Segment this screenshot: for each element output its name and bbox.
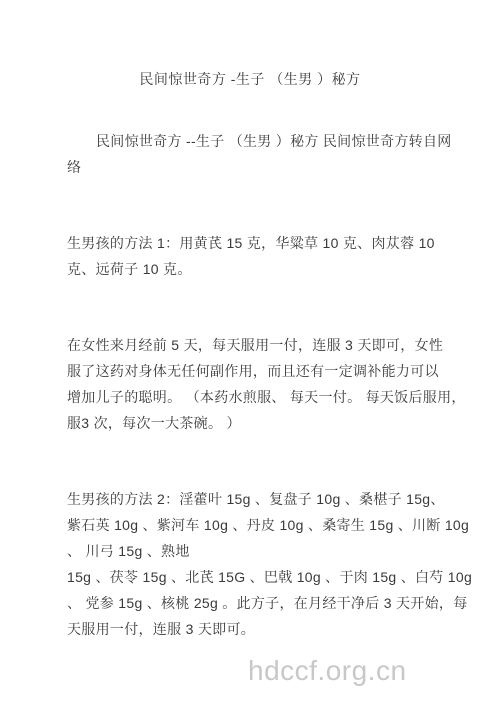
text-line: 、 党参 15g 、核桃 25g 。此方子，在月经干净后 3 天开始，每 [67,590,440,616]
text-line: 天服用一付，连服 3 天即可。 [67,616,440,642]
text-line: 紫石英 10g 、紫河车 10g 、丹皮 10g 、桑寄生 15g 、川断 10… [67,512,440,538]
paragraph: 生男孩的方法 1：用黄芪 15 克，华粱草 10 克、肉苁蓉 10克、远荷子 1… [67,230,440,282]
text-line: 生男孩的方法 1：用黄芪 15 克，华粱草 10 克、肉苁蓉 10 [67,230,440,256]
text-line: 克、远荷子 10 克。 [67,256,440,282]
text-line: 络 [67,154,440,180]
text-line: 生男孩的方法 2：淫藿叶 15g 、复盘子 10g 、桑椹子 15g、 [67,486,440,512]
document-title: 民间惊世奇方 -生子 （生男 ）秘方 [0,66,500,92]
text-line: 、 川弓 15g 、熟地 [67,538,440,564]
text-line: 增加儿子的聪明。 （本药水煎服、 每天一付。 每天饭后服用， [67,384,440,410]
text-line: 15g 、茯苓 15g 、北芪 15G 、巴戟 10g 、于肉 15g 、白芍 … [67,564,440,590]
paragraph: 在女性来月经前 5 天，每天服用一付，连服 3 天即可，女性服了这药对身体无任何… [67,332,440,436]
text-line: 服3 次，每次一大茶碗。 ） [67,410,440,436]
paragraph: 民间惊世奇方 --生子 （生男 ）秘方 民间惊世奇方转自网络 [67,128,440,180]
text-line: 民间惊世奇方 --生子 （生男 ）秘方 民间惊世奇方转自网 [67,128,440,154]
paragraph: 生男孩的方法 2：淫藿叶 15g 、复盘子 10g 、桑椹子 15g、紫石英 1… [67,486,440,642]
text-line: 在女性来月经前 5 天，每天服用一付，连服 3 天即可，女性 [67,332,440,358]
watermark-text: hdccf.org.cn [248,656,407,686]
document-body: 民间惊世奇方 --生子 （生男 ）秘方 民间惊世奇方转自网络生男孩的方法 1：用… [0,128,500,642]
document-page: 民间惊世奇方 -生子 （生男 ）秘方 民间惊世奇方 --生子 （生男 ）秘方 民… [0,0,500,708]
text-line: 服了这药对身体无任何副作用，而且还有一定调补能力可以 [67,358,440,384]
